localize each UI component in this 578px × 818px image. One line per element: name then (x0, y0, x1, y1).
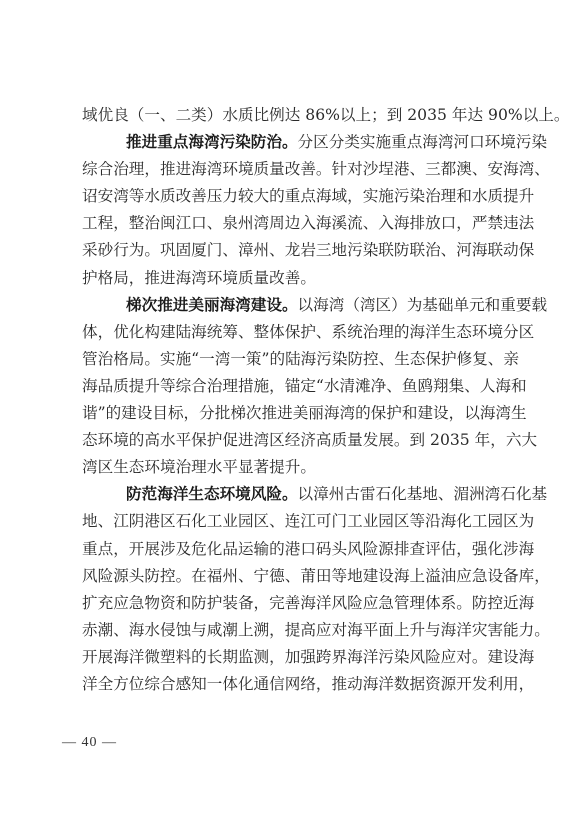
document-page: 域优良（一、二类）水质比例达 86%以上；到 2035 年达 90%以上。 推进… (0, 0, 578, 818)
paragraph-text: 以海湾（湾区）为基础单元和重要载 (298, 296, 548, 314)
text-line: 赤潮、海水侵蚀与咸潮上溯，提高应对海平面上升与海洋灾害能力。 (82, 617, 506, 644)
text-line: 体，优化构建陆海统筹、整体保护、系统治理的海洋生态环境分区 (82, 319, 506, 346)
paragraph-heading: 梯次推进美丽海湾建设。 (126, 296, 298, 314)
body-text: 域优良（一、二类）水质比例达 86%以上；到 2035 年达 90%以上。 推进… (82, 102, 506, 698)
text-line: 开展海洋微塑料的长期监测，加强跨界海洋污染风险应对。建设海 (82, 644, 506, 671)
text-line: 管治格局。实施“一湾一策”的陆海污染防控、生态保护修复、亲 (82, 346, 506, 373)
text-line: 护格局，推进海湾环境质量改善。 (82, 265, 506, 292)
text-line: 谐”的建设目标，分批梯次推进美丽海湾的保护和建设，以海湾生 (82, 400, 506, 427)
paragraph-text: 以漳州古雷石化基地、湄洲湾石化基 (298, 485, 548, 503)
paragraph-first-line: 防范海洋生态环境风险。以漳州古雷石化基地、湄洲湾石化基 (82, 481, 506, 508)
text-line: 重点，开展涉及危化品运输的港口码头风险源排查评估，强化涉海 (82, 536, 506, 563)
text-line: 洋全方位综合感知一体化通信网络，推动海洋数据资源开发利用， (82, 671, 506, 698)
text-line: 域优良（一、二类）水质比例达 86%以上；到 2035 年达 90%以上。 (82, 102, 506, 129)
text-line: 态环境的高水平保护促进湾区经济高质量发展。到 2035 年，六大 (82, 427, 506, 454)
paragraph-first-line: 梯次推进美丽海湾建设。以海湾（湾区）为基础单元和重要载 (82, 292, 506, 319)
text-line: 诏安湾等水质改善压力较大的重点海域，实施污染治理和水质提升 (82, 183, 506, 210)
paragraph-heading: 推进重点海湾污染防治。 (126, 133, 298, 151)
text-line: 综合治理，推进海湾环境质量改善。针对沙埕港、三都澳、安海湾、 (82, 156, 506, 183)
text-line: 风险源头防控。在福州、宁德、莆田等地建设海上溢油应急设备库， (82, 563, 506, 590)
page-number: — 40 — (62, 735, 117, 751)
text-line: 采砂行为。巩固厦门、漳州、龙岩三地污染联防联治、河海联动保 (82, 237, 506, 264)
text-line: 工程，整治闽江口、泉州湾周边入海溪流、入海排放口，严禁违法 (82, 210, 506, 237)
text-line: 扩充应急物资和防护装备，完善海洋风险应急管理体系。防控近海 (82, 590, 506, 617)
paragraph-first-line: 推进重点海湾污染防治。分区分类实施重点海湾河口环境污染 (82, 129, 506, 156)
text-line: 地、江阴港区石化工业园区、连江可门工业园区等沿海化工园区为 (82, 508, 506, 535)
text-line: 海品质提升等综合治理措施，锚定“水清滩净、鱼鸥翔集、人海和 (82, 373, 506, 400)
paragraph-text: 分区分类实施重点海湾河口环境污染 (298, 133, 548, 151)
paragraph-heading: 防范海洋生态环境风险。 (126, 485, 298, 503)
text-line: 湾区生态环境治理水平显著提升。 (82, 454, 506, 481)
